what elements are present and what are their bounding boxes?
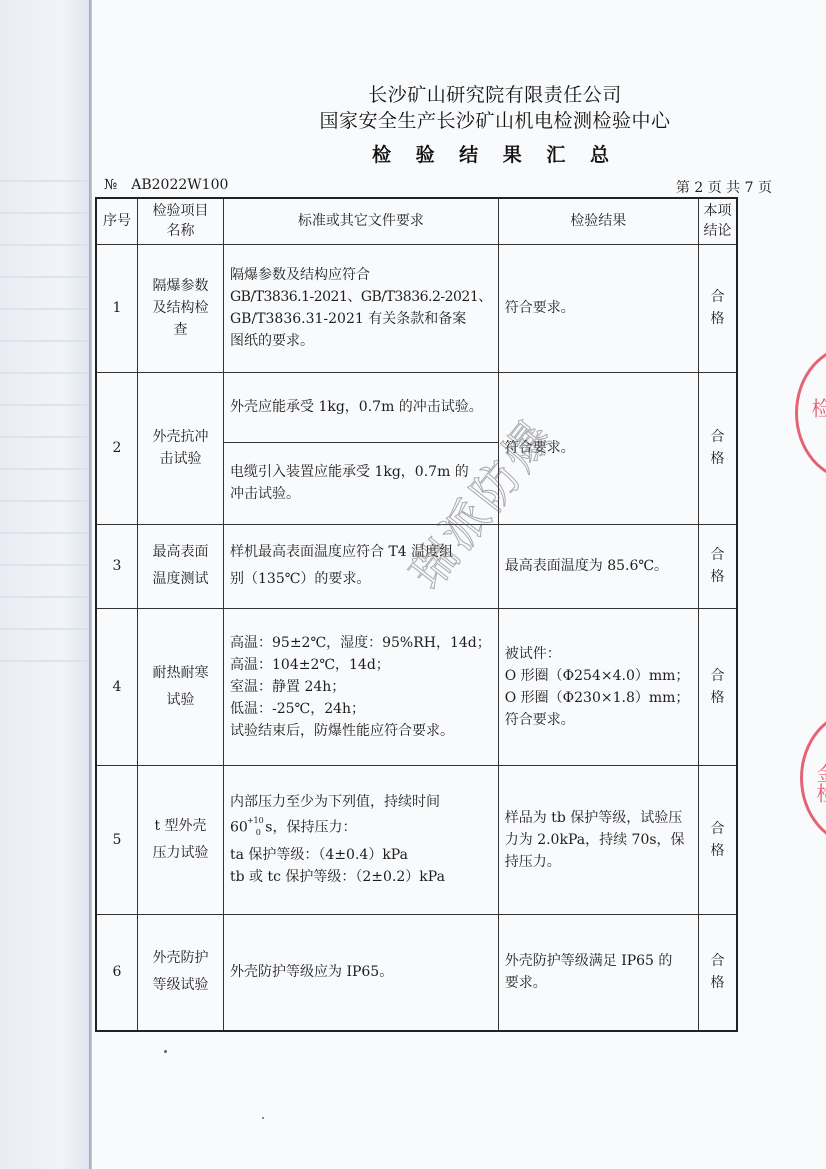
table-row: 1 隔爆参数及结构检查 隔爆参数及结构应符合GB/T3836.1-2021、GB…	[96, 244, 737, 372]
row-item: 隔爆参数及结构检查	[138, 244, 224, 372]
header-no: 序号	[96, 198, 138, 244]
row-requirement: 外壳防护等级应为 IP65。	[224, 914, 499, 1031]
row-conclusion: 合格	[698, 608, 737, 765]
table-row: 5 t 型外壳压力试验 内部压力至少为下列值，持续时间 60+100 s，保持压…	[96, 765, 737, 914]
row-conclusion: 合格	[698, 524, 737, 608]
row-requirement-a: 外壳应能承受 1kg，0.7m 的冲击试验。	[224, 372, 499, 442]
row-result: 符合要求。	[498, 244, 698, 372]
number-symbol: №	[104, 177, 117, 193]
report-meta: №AB2022W100 第 2 页 共 7 页	[104, 177, 772, 197]
row-item: 外壳防护等级试验	[138, 914, 224, 1031]
center-name: 国家安全生产长沙矿山机电检测检验中心	[164, 106, 826, 133]
row-item: 最高表面温度测试	[138, 524, 224, 608]
row-no: 1	[96, 244, 138, 372]
row-conclusion: 合格	[698, 765, 737, 914]
company-name: 长沙矿山研究院有限责任公司	[164, 80, 826, 107]
header-item: 检验项目名称	[138, 198, 224, 244]
page-indicator: 第 2 页 共 7 页	[676, 177, 772, 197]
row-result: 样品为 tb 保护等级，试验压力为 2.0kPa，持续 70s，保持压力。	[498, 765, 698, 914]
row-requirement: 内部压力至少为下列值，持续时间 60+100 s，保持压力： ta 保护等级：（…	[224, 765, 499, 914]
header-requirement: 标准或其它文件要求	[224, 198, 499, 244]
header-result: 检验结果	[498, 198, 698, 244]
scan-speck	[164, 1050, 167, 1053]
document-title: 检 验 结 果 汇 总	[164, 140, 826, 167]
row-no: 5	[96, 765, 138, 914]
row-requirement: 隔爆参数及结构应符合GB/T3836.1-2021、GB/T3836.2-202…	[224, 244, 499, 372]
row-no: 6	[96, 914, 138, 1031]
table-header-row: 序号 检验项目名称 标准或其它文件要求 检验结果 本项结论	[96, 198, 737, 244]
row-no: 3	[96, 524, 138, 608]
row-conclusion: 合格	[698, 244, 737, 372]
table-row: 2 外壳抗冲击试验 外壳应能承受 1kg，0.7m 的冲击试验。 符合要求。 合…	[96, 372, 737, 442]
header-conclusion: 本项结论	[698, 198, 737, 244]
row-item: t 型外壳压力试验	[138, 765, 224, 914]
report-number: №AB2022W100	[104, 177, 242, 197]
scan-speck	[262, 1117, 264, 1119]
row-requirement: 高温：95±2℃，湿度：95%RH，14d；高温：104±2℃，14d；室温：静…	[224, 608, 499, 765]
row-no: 2	[96, 372, 138, 524]
table-row: 6 外壳防护等级试验 外壳防护等级应为 IP65。 外壳防护等级满足 IP65 …	[96, 914, 737, 1031]
row-no: 4	[96, 608, 138, 765]
row-item: 耐热耐寒试验	[138, 608, 224, 765]
row-result: 最高表面温度为 85.6℃。	[498, 524, 698, 608]
row-conclusion: 合格	[698, 372, 737, 524]
row-result: 被试件：O 形圈（Φ254×4.0）mm；O 形圈（Φ230×1.8）mm；符合…	[498, 608, 698, 765]
bleed-through-lines	[0, 150, 90, 670]
row-item: 外壳抗冲击试验	[138, 372, 224, 524]
document-page: 长沙矿山研究院有限责任公司 国家安全生产长沙矿山机电检测检验中心 检 验 结 果…	[92, 0, 826, 1169]
row-conclusion: 合格	[698, 914, 737, 1031]
results-table: 序号 检验项目名称 标准或其它文件要求 检验结果 本项结论 1 隔爆参数及结构检…	[95, 197, 738, 1032]
table-row: 4 耐热耐寒试验 高温：95±2℃，湿度：95%RH，14d；高温：104±2℃…	[96, 608, 737, 765]
report-number-value: AB2022W100	[131, 177, 228, 193]
row-result: 外壳防护等级满足 IP65 的要求。	[498, 914, 698, 1031]
duration-with-tolerance: 60+100 s，保持压力：	[230, 813, 492, 844]
